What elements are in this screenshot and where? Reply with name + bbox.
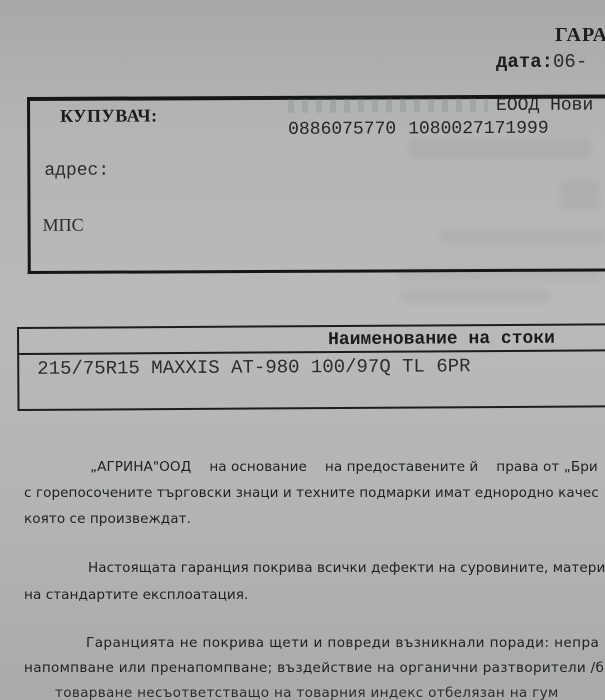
date-label: дата: [496, 51, 553, 73]
buyer-name-suffix: ЕООД Нови [496, 96, 593, 116]
paragraph-1-line-2: с горепосочените търговски знаци и техни… [24, 485, 599, 501]
text-fragment: на предоставените й [325, 459, 478, 475]
paragraph-3-line-3: товарване несъответстващо на товарния ин… [55, 685, 559, 700]
buyer-id-number: 1080027171999 [408, 119, 549, 140]
buyer-identifiers: 08860757701080027171999 [288, 119, 549, 140]
paragraph-3-line-1: Гаранцията не покрива щети и повреди въз… [86, 635, 599, 651]
text-fragment: на основание [209, 459, 307, 475]
show-through-mark [400, 290, 550, 302]
goods-header-label: Наименование на стоки [328, 329, 555, 350]
paragraph-3-line-2: напомпване или пренапомпване; въздействи… [24, 660, 604, 676]
document-title: ГАРА [555, 24, 605, 47]
paragraph-1-line-3: която се произвеждат. [24, 511, 191, 527]
company-name: „АГРИНА"ООД [90, 459, 191, 475]
date-value: 06- [553, 51, 587, 73]
buyer-phone: 0886075770 [288, 119, 396, 139]
goods-table-header: Наименование на стоки [19, 325, 605, 355]
redacted-area [288, 98, 488, 113]
goods-table: Наименование на стоки 215/75R15 MAXXIS A… [17, 323, 605, 411]
warranty-document: ГАРА дата:06- КУПУВАЧ: ЕООД Нови 0886075… [0, 0, 605, 700]
buyer-box: КУПУВАЧ: ЕООД Нови 088607577010800271719… [27, 94, 605, 274]
goods-item: 215/75R15 MAXXIS AT-980 100/97Q TL 6PR [37, 355, 470, 380]
paragraph-2-line-2: на стандартите експлоатация. [24, 587, 248, 603]
text-fragment: права от „Бри [496, 459, 598, 475]
paragraph-1-line-1: „АГРИНА"ООДна основаниена предоставените… [90, 459, 598, 475]
buyer-label: КУПУВАЧ: [60, 105, 158, 126]
address-label: адрес: [44, 161, 109, 181]
buyer-name: ЕООД Нови [288, 96, 593, 117]
paragraph-2-line-1: Настоящата гаранция покрива всички дефек… [88, 560, 605, 576]
mps-label: МПС [43, 215, 84, 236]
document-date: дата:06- [496, 51, 587, 73]
